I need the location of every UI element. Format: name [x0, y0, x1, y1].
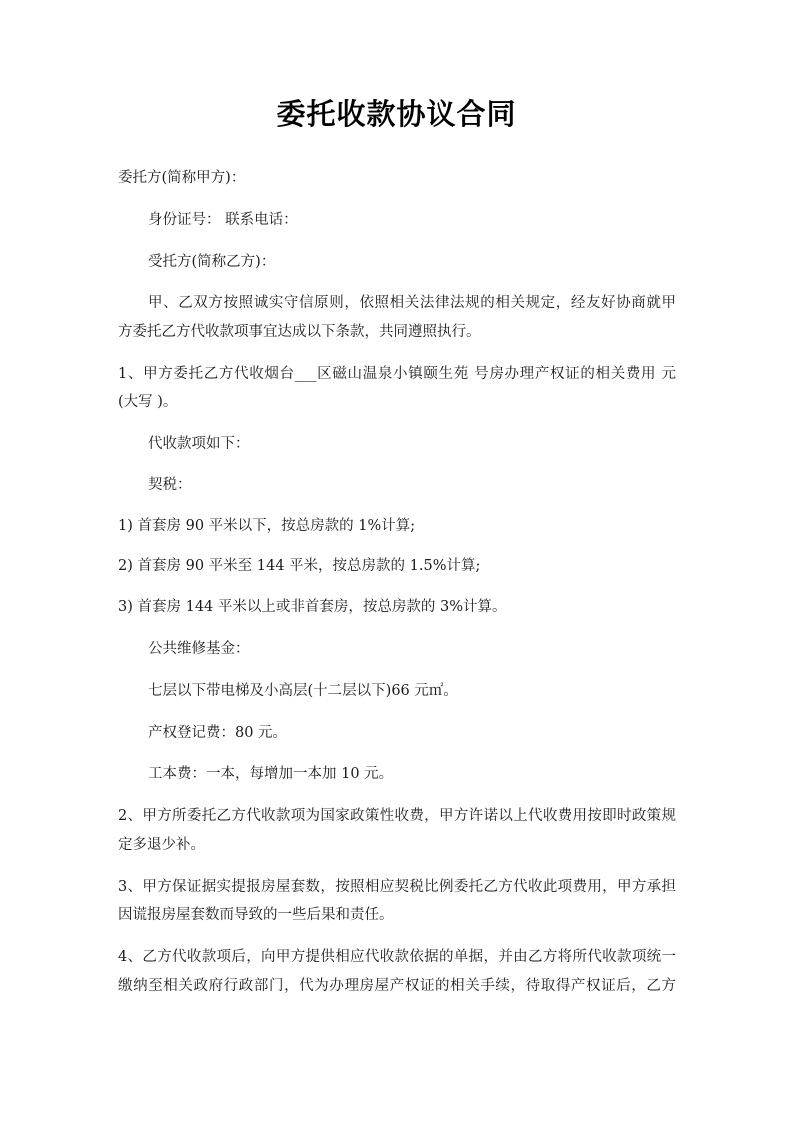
id-phone-line: 身份证号： 联系电话：: [148, 210, 708, 230]
deed-tax-item-2: 2) 首套房 90 平米至 144 平米，按总房款的 1.5%计算;: [118, 556, 678, 576]
clause3-line-2: 因谎报房屋套数而导致的一些后果和责任。: [118, 905, 678, 925]
clause1-line-2: (大写 )。: [118, 392, 678, 412]
clause2-line-1: 2、甲方所委托乙方代收款项为国家政策性收费，甲方许诺以上代收费用按即时政策规: [118, 806, 676, 826]
clause4-line-1: 4、乙方代收款项后，向甲方提供相应代收款依据的单据，并由乙方将所代收款项统一: [118, 947, 676, 967]
clause4-line-2: 缴纳至相关政府行政部门，代为办理房屋产权证的相关手续，待取得产权证后，乙方: [118, 976, 676, 996]
party-b-label: 受托方(简称乙方)：: [148, 252, 708, 272]
maintenance-fund-heading: 公共维修基金：: [148, 639, 708, 659]
document-title: 委托收款协议合同: [0, 92, 793, 133]
preamble-line-2: 方委托乙方代收款项事宜达成以下条款，共同遵照执行。: [118, 322, 678, 342]
clause2-line-2: 定多退少补。: [118, 835, 678, 855]
booklet-fee: 工本费：一本，每增加一本加 10 元。: [148, 764, 708, 784]
preamble-line-1: 甲、乙双方按照诚实守信原则，依照相关法律法规的相关规定，经友好协商就甲: [148, 293, 676, 313]
deed-tax-heading: 契税：: [148, 475, 708, 495]
items-heading: 代收款项如下：: [148, 434, 708, 454]
deed-tax-item-3: 3) 首套房 144 平米以上或非首套房，按总房款的 3%计算。: [118, 597, 678, 617]
clause1-line-1: 1、甲方委托乙方代收烟台___区磁山温泉小镇颐生苑 号房办理产权证的相关费用 元: [118, 364, 676, 384]
clause3-line-1: 3、甲方保证据实提报房屋套数，按照相应契税比例委托乙方代收此项费用，甲方承担: [118, 877, 676, 897]
maintenance-fund-text: 七层以下带电梯及小高层(十二层以下)66 元㎡。: [148, 681, 708, 701]
document-page: 委托收款协议合同 委托方(简称甲方)： 身份证号： 联系电话： 受托方(简称乙方…: [0, 0, 793, 1122]
deed-tax-item-1: 1) 首套房 90 平米以下，按总房款的 1%计算;: [118, 516, 678, 536]
registration-fee: 产权登记费：80 元。: [148, 723, 708, 743]
party-a-label: 委托方(简称甲方)：: [118, 168, 678, 188]
